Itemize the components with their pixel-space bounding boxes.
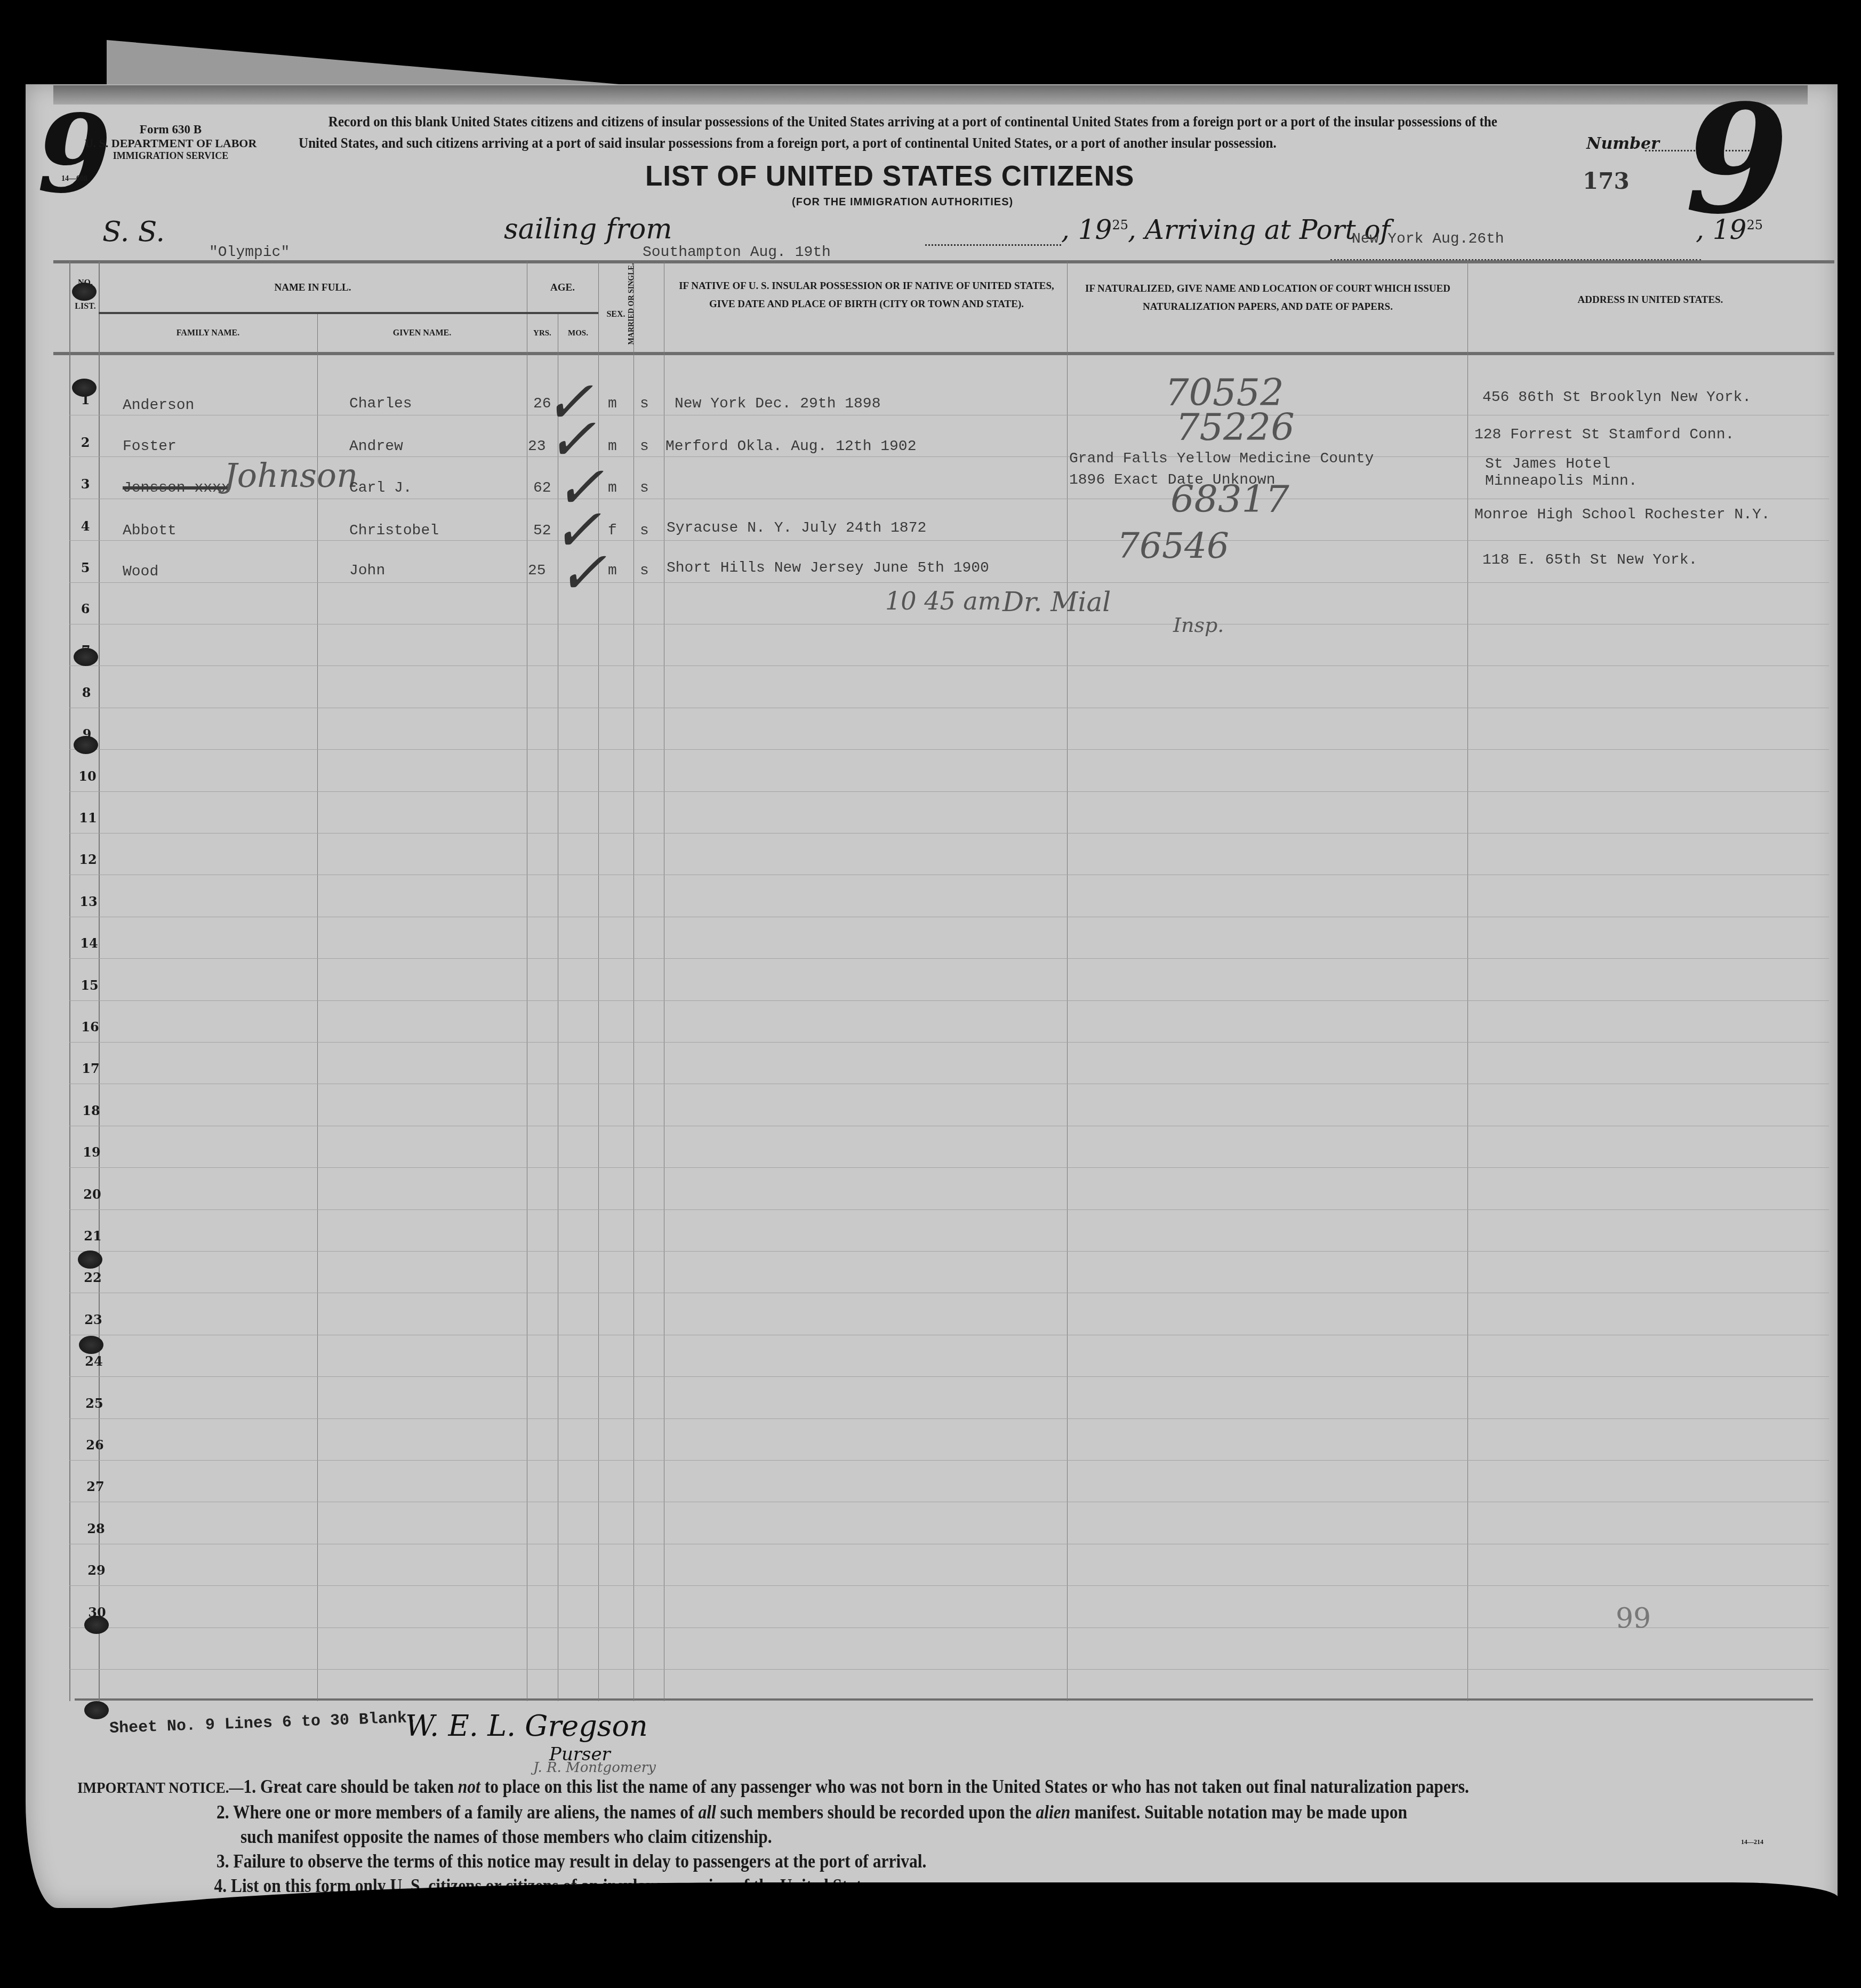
- page-title: LIST OF UNITED STATES CITIZENS: [645, 160, 1134, 193]
- punch-hole: [74, 736, 98, 754]
- row-rule: [69, 624, 1829, 624]
- col-header-name-in-full: Name in Full.: [99, 280, 527, 296]
- row-rule: [69, 1167, 1829, 1168]
- row-rule: [69, 1042, 1829, 1043]
- col-header-age: Age.: [527, 280, 598, 296]
- family-name-struck: Jensson xxxx: [123, 480, 230, 496]
- marital-status: s: [640, 480, 649, 496]
- row-rule: [69, 1209, 1829, 1210]
- row-rule: [69, 917, 1829, 917]
- line-number: 24: [78, 1353, 110, 1369]
- header-bottom-rule: [53, 352, 1834, 355]
- row-rule: [69, 582, 1829, 583]
- address: 128 Forrest St Stamford Conn.: [1474, 427, 1734, 443]
- year-suffix: 25: [1112, 218, 1128, 233]
- punch-hole: [72, 379, 97, 397]
- notice-text: 2. Where one or more members of a family…: [216, 1802, 698, 1823]
- birth-info: Syracuse N. Y. July 24th 1872: [667, 520, 926, 536]
- row-rule: [69, 875, 1829, 875]
- punch-hole: [84, 1701, 109, 1719]
- form-number: Form 630 B: [80, 123, 261, 137]
- department-name: U. S. DEPARTMENT OF LABOR: [80, 137, 261, 150]
- col-header-given-name: Given Name.: [317, 325, 527, 341]
- given-name: Christobel: [349, 523, 439, 539]
- col-header-naturalization: If naturalized, give name and location o…: [1077, 280, 1458, 316]
- notice-emphasis: all: [698, 1802, 716, 1823]
- row-rule: [69, 708, 1829, 708]
- col-header-family-name: Family Name.: [99, 325, 317, 341]
- age-years: 23: [528, 438, 546, 455]
- sex: m: [608, 438, 617, 455]
- notice-emphasis: not: [458, 1776, 480, 1797]
- family-name-correction: Johnson: [224, 456, 358, 495]
- sailing-year: , 1925: [1061, 214, 1128, 245]
- arriving-label: , Arriving at Port of: [1128, 214, 1390, 245]
- line-number: 28: [80, 1521, 112, 1536]
- age-years: 62: [533, 480, 551, 496]
- line-number: 20: [76, 1187, 108, 1202]
- line-number: 29: [81, 1562, 113, 1578]
- row-rule: [69, 1585, 1829, 1586]
- pencil-doctor-note: Dr. Mial: [1002, 587, 1111, 618]
- line-number: 10: [71, 768, 103, 784]
- line-number: 5: [69, 560, 101, 575]
- intro-text: Record on this blank United States citiz…: [299, 111, 1528, 154]
- arriving-port-field: New York Aug.26th: [1330, 243, 1701, 261]
- form-identification: Form 630 B U. S. DEPARTMENT OF LABOR IMM…: [80, 123, 261, 161]
- age-years: 25: [528, 563, 546, 579]
- sailing-label: sailing from: [504, 213, 672, 245]
- marital-status: s: [640, 438, 649, 455]
- notice-text: manifest. Suitable notation may be made …: [1070, 1802, 1407, 1823]
- line-number: 11: [72, 810, 104, 825]
- notice-text: such members should be recorded upon the: [716, 1802, 1036, 1823]
- line-number: 18: [75, 1103, 107, 1118]
- pencil-cert-number: 68317: [1170, 477, 1289, 521]
- row-rule: [69, 415, 1829, 415]
- row-rule: [69, 540, 1829, 541]
- page-top-edge: [53, 85, 1808, 105]
- col-header-married-single: Married or Single.: [627, 261, 637, 347]
- family-name: Wood: [123, 564, 158, 580]
- marital-status: s: [640, 563, 649, 579]
- age-years: 52: [533, 523, 551, 539]
- row-rule: [69, 1544, 1829, 1544]
- page-curl-shadow: [26, 1882, 1839, 1988]
- line-number: 22: [77, 1270, 109, 1285]
- line-number: 14: [73, 935, 105, 951]
- birth-info: New York Dec. 29th 1898: [675, 396, 880, 412]
- row-rule: [69, 1084, 1829, 1084]
- year-suffix: 25: [1746, 218, 1763, 233]
- line-number: 6: [69, 601, 101, 616]
- row-rule: [69, 1669, 1829, 1670]
- row-rule: [69, 499, 1829, 499]
- notice-text: to place on this list the name of any pa…: [480, 1776, 1469, 1797]
- line-number: 4: [69, 518, 101, 534]
- sex: f: [608, 523, 617, 539]
- row-rule: [69, 791, 1829, 792]
- ship-name: "Olympic": [209, 244, 290, 261]
- address-line-1: St James Hotel: [1485, 456, 1610, 472]
- col-divider: [1467, 261, 1468, 1701]
- address-line-2: Minneapolis Minn.: [1485, 473, 1638, 490]
- address: 118 E. 65th St New York.: [1482, 552, 1697, 568]
- sailing-from-field: Southampton Aug. 19th: [637, 244, 915, 262]
- address: 456 86th St Brooklyn New York.: [1482, 389, 1751, 406]
- sailing-from: Southampton Aug. 19th: [643, 244, 831, 261]
- stamp-number: 173: [1583, 168, 1630, 194]
- line-number: 15: [74, 977, 106, 993]
- pencil-time-note: 10 45 am: [885, 587, 1001, 615]
- notice-item-1: IMPORTANT NOTICE.—1. Great care should b…: [77, 1775, 1805, 1800]
- row-rule: [69, 1502, 1829, 1502]
- row-rule: [69, 1293, 1829, 1293]
- sailing-date-blank: [925, 244, 1061, 246]
- footer-code: 14—214: [1741, 1839, 1763, 1846]
- pencil-cert-number: 75226: [1176, 405, 1295, 449]
- col-header-yrs: Yrs.: [527, 325, 558, 341]
- document-page: [26, 84, 1838, 1908]
- address: Monroe High School Rochester N.Y.: [1474, 507, 1770, 523]
- birth-info: Short Hills New Jersey June 5th 1900: [667, 560, 989, 576]
- line-number: 19: [76, 1144, 108, 1160]
- sex: m: [608, 396, 617, 412]
- print-code: 14—608: [61, 175, 87, 183]
- list-number: 9: [1685, 85, 1789, 235]
- col-header-address: Address in United States.: [1477, 292, 1824, 308]
- notice-label: IMPORTANT NOTICE.—: [77, 1779, 244, 1797]
- year-prefix: , 19: [1061, 214, 1112, 245]
- year-prefix: , 19: [1696, 214, 1746, 245]
- row-rule: [69, 958, 1829, 959]
- line-number: 25: [78, 1396, 110, 1411]
- punch-hole: [74, 648, 98, 666]
- row-rule: [69, 1460, 1829, 1461]
- service-name: IMMIGRATION SERVICE: [80, 150, 261, 162]
- line-number: 21: [77, 1228, 109, 1244]
- page-stamp: 99: [1616, 1602, 1651, 1634]
- ship-name-field: "Olympic": [156, 244, 500, 262]
- pencil-inspector-initials: Insp.: [1173, 613, 1224, 637]
- line-number: 2: [69, 435, 101, 450]
- arrival-year: , 1925: [1696, 214, 1763, 245]
- col-divider: [1067, 261, 1068, 1701]
- col-header-birth: If native of U. S. insular possession or…: [675, 277, 1058, 314]
- notice-item-2: 2. Where one or more members of a family…: [216, 1800, 1805, 1825]
- family-name: Anderson: [123, 397, 194, 414]
- punch-hole: [79, 1336, 103, 1354]
- notice-text: 1. Great care should be taken: [244, 1776, 458, 1797]
- line-number: 23: [77, 1312, 109, 1327]
- given-name: Carl J.: [349, 480, 412, 496]
- row-rule: [69, 833, 1829, 833]
- notice-item-3: 3. Failure to observe the terms of this …: [216, 1849, 1805, 1874]
- pencil-cert-number: 76546: [1117, 525, 1229, 566]
- given-name: Charles: [349, 396, 412, 412]
- line-number: 17: [75, 1061, 107, 1076]
- punch-hole: [78, 1250, 102, 1269]
- naturalization-court: Grand Falls Yellow Medicine County: [1069, 451, 1374, 467]
- ss-label: S. S.: [102, 216, 165, 248]
- col-divider: [664, 261, 664, 1701]
- row-rule: [69, 666, 1829, 666]
- row-rule: [69, 1000, 1829, 1001]
- notice-emphasis: alien: [1036, 1802, 1070, 1823]
- marital-status: s: [640, 396, 649, 412]
- family-name: Foster: [123, 438, 177, 455]
- row-rule: [69, 749, 1829, 750]
- row-rule: [69, 1251, 1829, 1252]
- line-number: 27: [79, 1479, 111, 1494]
- table-bottom-rule: [75, 1698, 1813, 1701]
- row-rule: [69, 1335, 1829, 1335]
- table-top-rule: [53, 260, 1834, 263]
- inspector-signature: J. R. Montgomery: [533, 1760, 656, 1776]
- line-number: 12: [72, 852, 104, 867]
- col-header-mos: Mos.: [558, 325, 598, 341]
- notice-item-2-continued: such manifest opposite the names of thos…: [240, 1825, 1805, 1849]
- col-divider: [317, 312, 318, 1701]
- arriving-port: New York Aug.26th: [1352, 231, 1504, 247]
- line-number: 8: [70, 685, 102, 700]
- col-divider: [633, 261, 634, 1701]
- punch-hole: [84, 1616, 109, 1634]
- birth-info: Merford Okla. Aug. 12th 1902: [665, 438, 916, 455]
- line-number: 16: [74, 1019, 106, 1035]
- line-number: 13: [73, 894, 105, 909]
- line-number: 3: [69, 476, 101, 492]
- family-name: Abbott: [123, 523, 177, 539]
- line-number: 26: [79, 1437, 111, 1453]
- purser-signature: W. E. L. Gregson: [405, 1709, 648, 1743]
- row-rule: [69, 1418, 1829, 1419]
- given-name: John: [349, 563, 385, 579]
- given-name: Andrew: [349, 438, 403, 455]
- row-rule: [69, 1628, 1829, 1628]
- name-age-subheader-rule: [99, 312, 598, 314]
- row-rule: [69, 1376, 1829, 1377]
- punch-hole: [72, 283, 97, 301]
- page-subtitle: (FOR THE IMMIGRATION AUTHORITIES): [792, 196, 1013, 209]
- col-divider: [527, 261, 527, 1701]
- important-notice: IMPORTANT NOTICE.—1. Great care should b…: [77, 1775, 1805, 1898]
- marital-status: s: [640, 523, 649, 539]
- row-rule: [69, 1126, 1829, 1126]
